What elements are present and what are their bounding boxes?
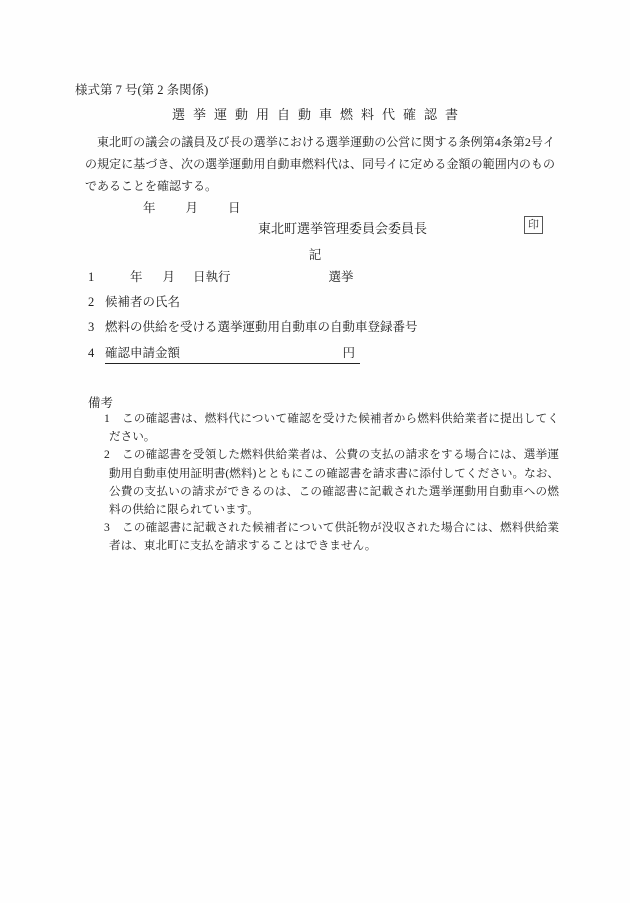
remark-text: この確認書を受領した燃料供給業者は、公費の支払の請求をする場合には、選挙運動用自… <box>109 448 559 516</box>
amount-underline-field: 確認申請金額円 <box>105 343 360 364</box>
item3-label: 燃料の供給を受ける選挙運動用自動車の自動車登録番号 <box>105 320 418 334</box>
remark-text: この確認書に記載された候補者について供託物が没収された場合には、燃料供給業者は、… <box>109 521 559 552</box>
list-item-election-date: 1年月日執行選挙 <box>88 267 354 285</box>
form-number: 様式第 7 号(第 2 条関係) <box>75 80 208 98</box>
document-title: 選挙運動用自動車燃料代確認書 <box>0 104 630 123</box>
amount-label: 確認申請金額 <box>105 343 180 361</box>
date-month-label: 月 <box>186 201 199 215</box>
remark-item-2: 2この確認書を受領した燃料供給業者は、公費の支払の請求をする場合には、選挙運動用… <box>109 446 559 519</box>
amount-blank-field <box>180 343 342 361</box>
signer-title: 東北町選挙管理委員会委員長 <box>258 218 427 237</box>
item1-month-label: 月 <box>163 270 176 284</box>
remarks-heading: 備考 <box>88 393 113 411</box>
item1-year-label: 年 <box>130 270 143 284</box>
date-line: 年月日 <box>143 198 241 216</box>
form-page: 様式第 7 号(第 2 条関係) 選挙運動用自動車燃料代確認書 東北町の議会の議… <box>0 0 630 903</box>
list-item-candidate-name: 2候補者の氏名 <box>88 292 180 310</box>
body-paragraph: 東北町の議会の議員及び長の選挙における選挙運動の公営に関する条例第4条第2号イの… <box>85 131 555 197</box>
date-year-label: 年 <box>143 201 156 215</box>
item1-election-label: 選挙 <box>329 270 354 284</box>
item-number: 1 <box>88 270 105 285</box>
remark-number: 2 <box>104 448 110 461</box>
remark-number: 1 <box>104 412 110 425</box>
amount-unit-yen: 円 <box>342 343 355 361</box>
list-item-amount: 4確認申請金額円 <box>88 343 360 364</box>
item-number: 4 <box>88 346 105 361</box>
remarks-list: 1この確認書は、燃料代について確認を受けた候補者から燃料供給業者に提出してくださ… <box>109 410 559 556</box>
remark-item-3: 3この確認書に記載された候補者について供託物が没収された場合には、燃料供給業者は… <box>109 519 559 555</box>
section-heading-ki: 記 <box>0 245 630 263</box>
item-number: 2 <box>88 295 105 310</box>
remark-number: 3 <box>104 521 110 534</box>
date-day-label: 日 <box>228 201 241 215</box>
remark-item-1: 1この確認書は、燃料代について確認を受けた候補者から燃料供給業者に提出してくださ… <box>109 410 559 446</box>
seal-box: 印 <box>524 216 543 234</box>
list-item-vehicle-registration: 3燃料の供給を受ける選挙運動用自動車の自動車登録番号 <box>88 317 418 335</box>
remark-text: この確認書は、燃料代について確認を受けた候補者から燃料供給業者に提出してください… <box>109 412 559 443</box>
item1-day-executed-label: 日執行 <box>193 270 231 284</box>
item-number: 3 <box>88 320 105 335</box>
item2-label: 候補者の氏名 <box>105 295 180 309</box>
